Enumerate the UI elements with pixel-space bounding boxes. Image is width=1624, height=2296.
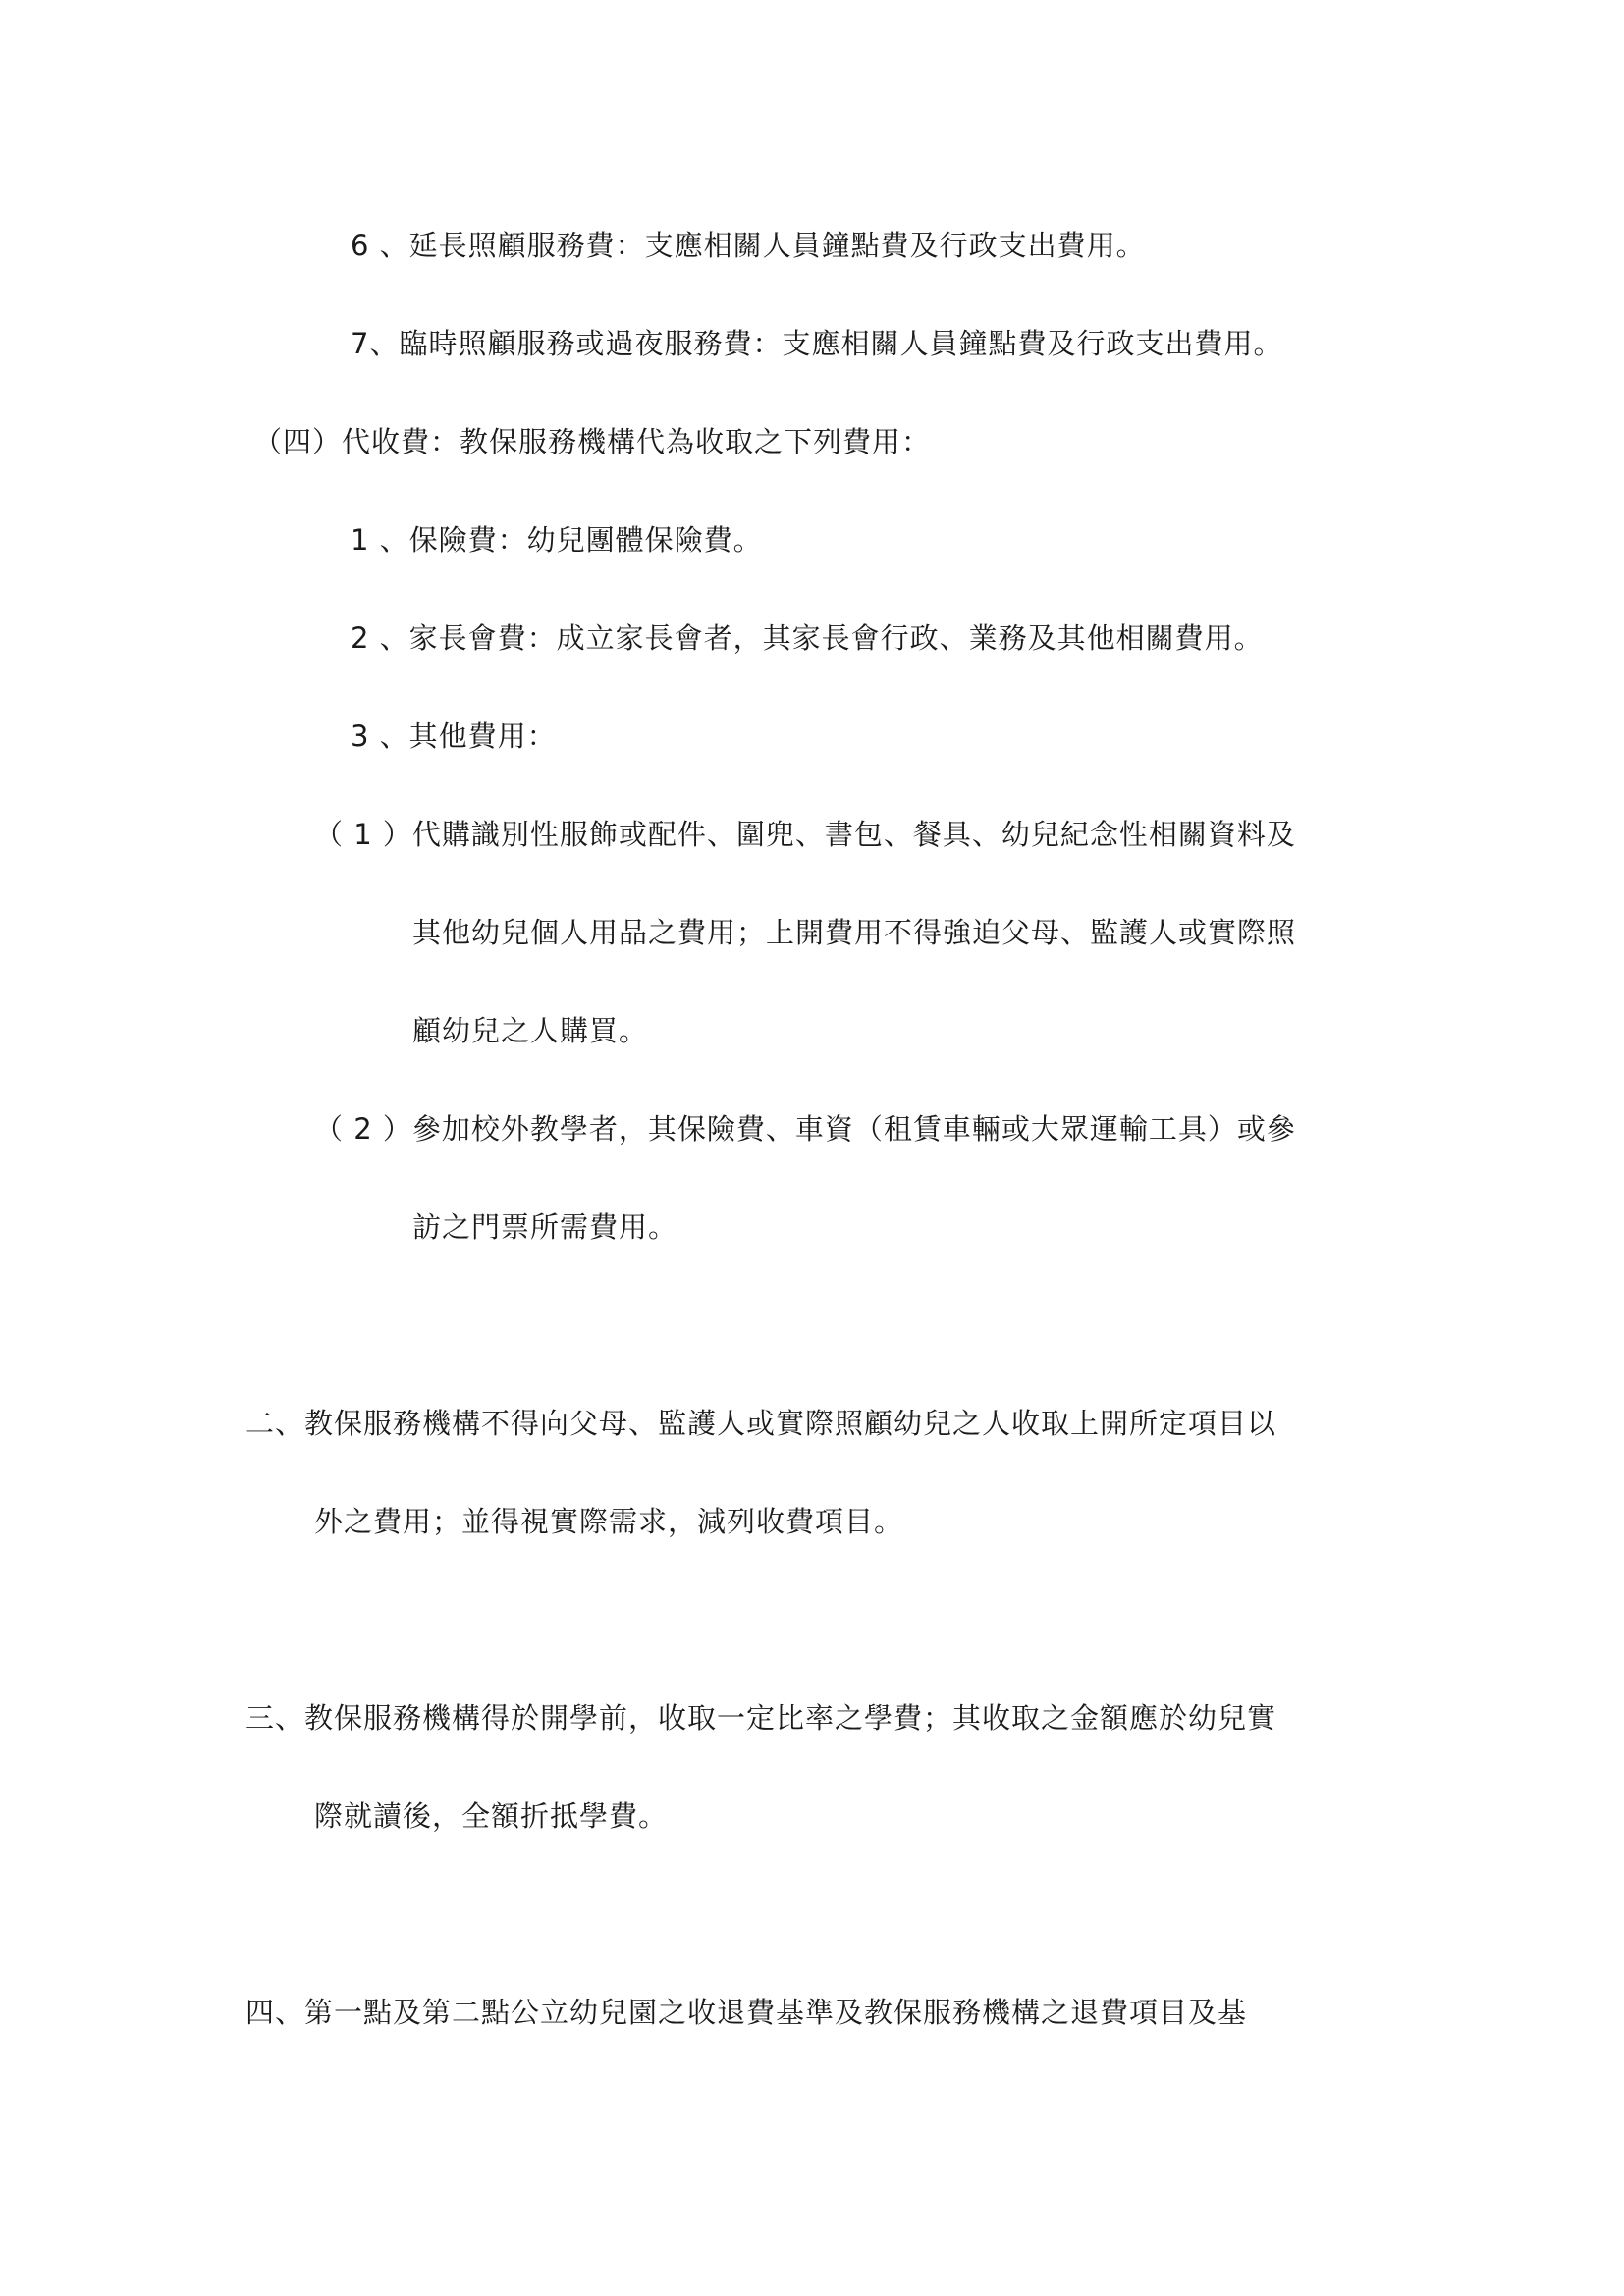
sub-item-1-insurance: 1 、保險費：幼兒團體保險費。 [351, 520, 763, 560]
sub-item-2-parent-association: 2 、家長會費：成立家長會者，其家長會行政、業務及其他相關費用。 [351, 618, 1264, 658]
sub-item-3-other-fees: 3 、其他費用： [351, 717, 557, 756]
sub-item-3-2-line-2: 訪之門票所需費用。 [412, 1207, 677, 1247]
section-4-collection-fees: （四）代收費：教保服務機構代為收取之下列費用： [253, 422, 931, 461]
article-3-line-1: 三、教保服務機構得於開學前，收取一定比率之學費；其收取之金額應於幼兒實 [245, 1698, 1276, 1737]
document-page: 6 、延長照顧服務費：支應相關人員鐘點費及行政支出費用。 7、臨時照顧服務或過夜… [0, 0, 1624, 2296]
sub-item-3-1-line-2: 其他幼兒個人用品之費用；上開費用不得強迫父母、監護人或實際照 [412, 913, 1296, 952]
sub-item-3-1-line-1: （ 1 ）代購識別性服飾或配件、圍兜、書包、餐具、幼兒紀念性相關資料及 [314, 815, 1296, 854]
article-2-line-2: 外之費用；並得視實際需求，減列收費項目。 [314, 1502, 903, 1541]
item-7-temporary-care-fee: 7、臨時照顧服務或過夜服務費：支應相關人員鐘點費及行政支出費用。 [351, 324, 1282, 363]
article-3-line-2: 際就讀後，全額折抵學費。 [314, 1796, 668, 1836]
sub-item-3-2-line-1: （ 2 ）參加校外教學者，其保險費、車資（租賃車輛或大眾運輸工具）或參 [314, 1109, 1296, 1148]
article-4-line-1: 四、第一點及第二點公立幼兒園之收退費基準及教保服務機構之退費項目及基 [245, 1993, 1247, 2032]
sub-item-3-1-line-3: 顧幼兒之人購買。 [412, 1011, 648, 1050]
item-6-extended-care-fee: 6 、延長照顧服務費：支應相關人員鐘點費及行政支出費用。 [351, 226, 1146, 265]
article-2-line-1: 二、教保服務機構不得向父母、監護人或實際照顧幼兒之人收取上開所定項目以 [245, 1404, 1276, 1443]
